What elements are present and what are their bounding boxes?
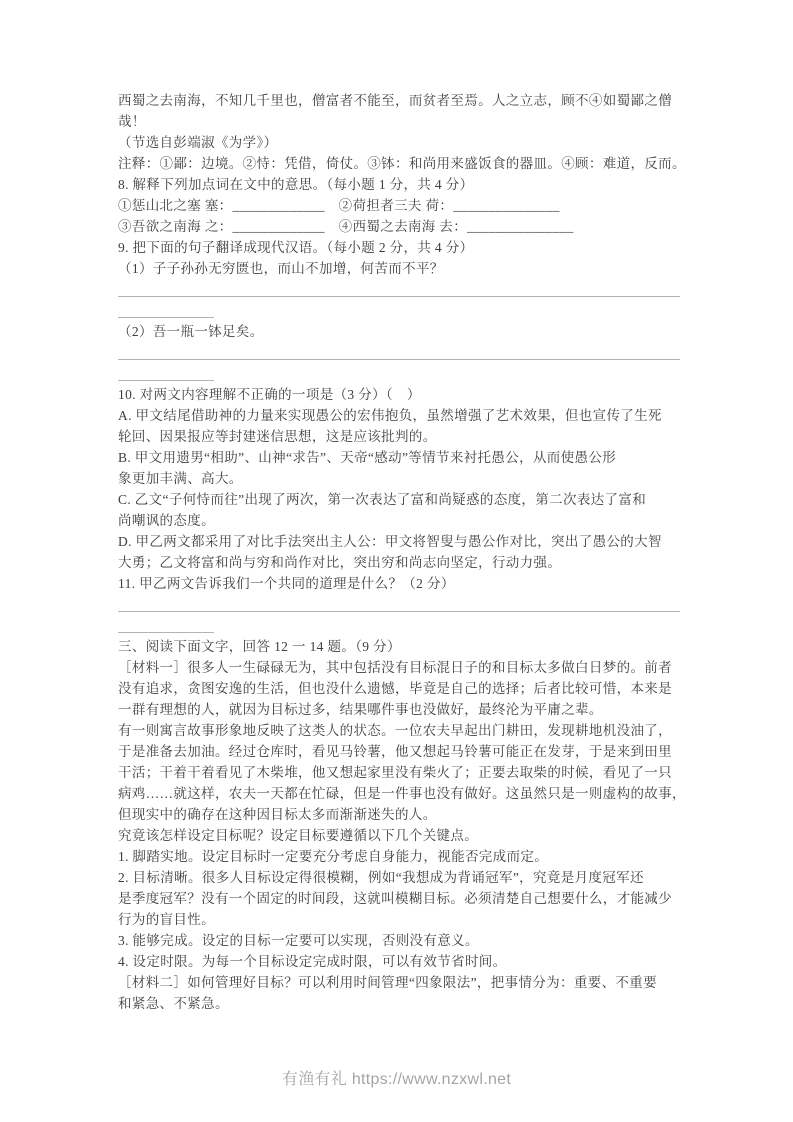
section-3-heading: 三、阅读下面文字，回答 12 一 14 题。（9 分） — [118, 636, 682, 657]
answer-line-row — [118, 615, 682, 636]
annotations-line: 注释：①鄙：边境。②恃：凭借，倚仗。③钵：和尚用来盛饭食的器皿。④顾：难道，反而… — [118, 153, 682, 174]
goal-point-2-line: 行为的盲目性。 — [118, 909, 682, 930]
material-1-line: ［材料一］很多人一生碌碌无为，其中包括没有目标混日子的和目标太多做白日梦的。前者 — [118, 657, 682, 678]
exam-page: 西蜀之去南海，不知几千里也，僧富者不能至，而贫者至焉。人之立志，顾不④如蜀鄙之僧… — [118, 90, 682, 1014]
answer-line-row — [118, 300, 682, 321]
answer-line-long — [118, 611, 680, 612]
material-1-fable-line: 病鸡……就这样，农夫一天都在忙碌，但是一件事也没有做好。这虽然只是一则虚构的故事… — [118, 783, 682, 804]
question-10-option-a-line: A. 甲文结尾借助神的力量来实现愚公的宏伟抱负，虽然增强了艺术效果，但也宣传了生… — [118, 405, 682, 426]
answer-line-row — [118, 279, 682, 300]
question-9-item-1: （1）子子孙孙无穷匮也，而山不加增，何苦而不平？ — [118, 258, 682, 279]
question-10-option-d-line: D. 甲乙两文都采用了对比手法突出主人公：甲文将智叟与愚公作对比，突出了愚公的大… — [118, 531, 682, 552]
answer-line-long — [118, 359, 680, 360]
passage-line: 西蜀之去南海，不知几千里也，僧富者不能至，而贫者至焉。人之立志，顾不④如蜀鄙之僧 — [118, 90, 682, 111]
answer-line-short — [118, 317, 214, 318]
material-2-line: ［材料二］如何管理好目标？可以利用时间管理“四象限法”，把事情分为：重要、不重要 — [118, 972, 682, 993]
answer-line-row — [118, 594, 682, 615]
material-1-line: 一群有理想的人，就因为目标过多，结果哪件事也没做好，最终沦为平庸之辈。 — [118, 699, 682, 720]
question-10-option-b-line: B. 甲文用遗男“相助”、山神“求告”、天帝“感动”等情节来衬托愚公，从而使愚公… — [118, 447, 682, 468]
material-1-transition-line: 究竟该怎样设定目标呢？设定目标要遵循以下几个关键点。 — [118, 825, 682, 846]
answer-line-row — [118, 363, 682, 384]
question-11-prompt: 11. 甲乙两文告诉我们一个共同的道理是什么？（2 分） — [118, 573, 682, 594]
material-1-line: 没有追求，贪图安逸的生活，但也没什么遗憾，毕竟是自己的选择；后者比较可惜，本来是 — [118, 678, 682, 699]
question-10-prompt: 10. 对两文内容理解不正确的一项是（3 分）（ ） — [118, 384, 682, 405]
question-8-blanks-row-1: ①惩山北之塞 塞：_____________ ②荷担者三夫 荷：________… — [118, 195, 682, 216]
answer-line-row — [118, 342, 682, 363]
passage-line: 哉！ — [118, 111, 682, 132]
question-9-item-2: （2）吾一瓶一钵足矣。 — [118, 321, 682, 342]
question-10-option-a-line: 轮回、因果报应等封建迷信思想，这是应该批判的。 — [118, 426, 682, 447]
source-attribution: （节选自彭端淑《为学》） — [118, 132, 682, 153]
question-8-blanks-row-2: ③吾欲之南海 之：_____________ ④西蜀之去南海 去：_______… — [118, 216, 682, 237]
question-8-prompt: 8. 解释下列加点词在文中的意思。（每小题 1 分，共 4 分） — [118, 174, 682, 195]
answer-line-long — [118, 296, 680, 297]
material-1-fable-line: 但现实中的确存在这种因目标太多而渐渐迷失的人。 — [118, 804, 682, 825]
material-2-line: 和紧急、不紧急。 — [118, 993, 682, 1014]
watermark-footer: 有渔有礼 https://www.nzxwl.net — [0, 1068, 793, 1092]
goal-point-1: 1. 脚踏实地。设定目标时一定要充分考虑自身能力，视能否完成而定。 — [118, 846, 682, 867]
question-10-option-c-line: C. 乙文“子何恃而往”出现了两次，第一次表达了富和尚疑惑的态度，第二次表达了富… — [118, 489, 682, 510]
answer-line-short — [118, 380, 214, 381]
goal-point-2-line: 是季度冠军？没有一个固定的时间段，这就叫模糊目标。必须清楚自己想要什么，才能减少 — [118, 888, 682, 909]
answer-line-short — [118, 632, 214, 633]
question-10-option-c-line: 尚嘲讽的态度。 — [118, 510, 682, 531]
question-9-prompt: 9. 把下面的句子翻译成现代汉语。（每小题 2 分，共 4 分） — [118, 237, 682, 258]
material-1-fable-line: 于是准备去加油。经过仓库时，看见马铃薯，他又想起马铃薯可能正在发芽，于是来到田里 — [118, 741, 682, 762]
material-1-fable-line: 有一则寓言故事形象地反映了这类人的状态。一位农夫早起出门耕田，发现耕地机没油了， — [118, 720, 682, 741]
goal-point-4: 4. 设定时限。为每一个目标设定完成时限，可以有效节省时间。 — [118, 951, 682, 972]
material-1-fable-line: 干活；干着干着看见了木柴堆，他又想起家里没有柴火了；正要去取柴的时候，看见了一只 — [118, 762, 682, 783]
goal-point-3: 3. 能够完成。设定的目标一定要可以实现，否则没有意义。 — [118, 930, 682, 951]
question-10-option-b-line: 象更加丰满、高大。 — [118, 468, 682, 489]
goal-point-2-line: 2. 目标清晰。很多人目标设定得很模糊，例如“我想成为背诵冠军”，究竟是月度冠军… — [118, 867, 682, 888]
question-10-option-d-line: 大勇；乙文将富和尚与穷和尚作对比，突出穷和尚志向坚定，行动力强。 — [118, 552, 682, 573]
